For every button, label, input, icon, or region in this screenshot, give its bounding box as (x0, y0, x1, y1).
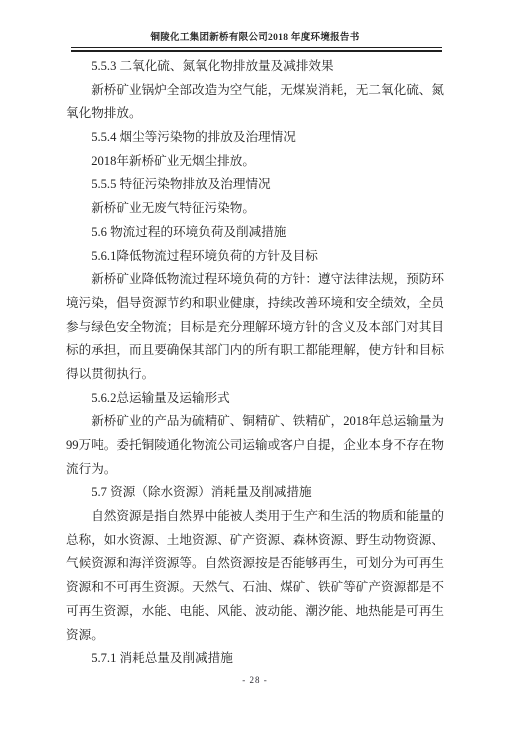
text-line: 新桥矿业锅炉全部改造为空气能，无煤炭消耗，无二氧化硫、氮 (66, 79, 444, 103)
text-line: 资源。 (66, 624, 444, 648)
section-heading: 5.6.1降低物流过程环境负荷的方针及目标 (66, 245, 444, 269)
text-line: 资源和不可再生资源。天然气、石油、煤矿、铁矿等矿产资源都是不 (66, 576, 444, 600)
text-line: 标的承担，而且要确保其部门内的所有职工都能理解，使方针和目标 (66, 339, 444, 363)
section-heading: 5.6.2总运输量及运输形式 (66, 387, 444, 411)
text-line: 可再生资源，水能、电能、风能、波动能、潮汐能、地热能是可再生 (66, 600, 444, 624)
page-footer: - 28 - (66, 675, 444, 685)
page-number: - 28 - (242, 675, 268, 685)
text-line: 气候资源和海洋资源等。自然资源按是否能够再生，可划分为可再生 (66, 552, 444, 576)
header-rule (71, 47, 442, 52)
text-line: 氧化物排放。 (66, 102, 444, 126)
text-line: 2018年新桥矿业无烟尘排放。 (66, 150, 444, 174)
text-line: 自然资源是指自然界中能被人类用于生产和生活的物质和能量的 (66, 505, 444, 529)
text-line: 99万吨。委托铜陵通化物流公司运输或客户自提，企业本身不存在物 (66, 434, 444, 458)
text-line: 新桥矿业降低物流过程环境负荷的方针：遵守法律法规，预防环 (66, 268, 444, 292)
document-page: 铜陵化工集团新桥有限公司2018 年度环境报告书 5.5.3 二氧化硫、氮氧化物… (0, 0, 515, 730)
text-line: 新桥矿业无废气特征污染物。 (66, 197, 444, 221)
section-heading: 5.5.5 特征污染物排放及治理情况 (66, 173, 444, 197)
section-heading: 5.6 物流过程的环境负荷及削减措施 (66, 221, 444, 245)
section-heading: 5.7 资源（除水资源）消耗量及削减措施 (66, 481, 444, 505)
section-heading: 5.5.4 烟尘等污染物的排放及治理情况 (66, 126, 444, 150)
text-line: 总称，如水资源、土地资源、矿产资源、森林资源、野生动物资源、 (66, 529, 444, 553)
text-line: 新桥矿业的产品为硫精矿、铜精矿、铁精矿，2018年总运输量为 (66, 410, 444, 434)
text-line: 流行为。 (66, 458, 444, 482)
text-line: 得以贯彻执行。 (66, 363, 444, 387)
text-line: 境污染，倡导资源节约和职业健康，持续改善环境和安全绩效，全员 (66, 292, 444, 316)
header-title: 铜陵化工集团新桥有限公司2018 年度环境报告书 (66, 29, 444, 43)
section-heading: 5.7.1 消耗总量及削减措施 (66, 647, 444, 671)
text-line: 参与绿色安全物流；目标是充分理解环境方针的含义及本部门对其目 (66, 316, 444, 340)
document-body: 5.5.3 二氧化硫、氮氧化物排放量及减排效果新桥矿业锅炉全部改造为空气能，无煤… (66, 55, 444, 671)
section-heading: 5.5.3 二氧化硫、氮氧化物排放量及减排效果 (66, 55, 444, 79)
